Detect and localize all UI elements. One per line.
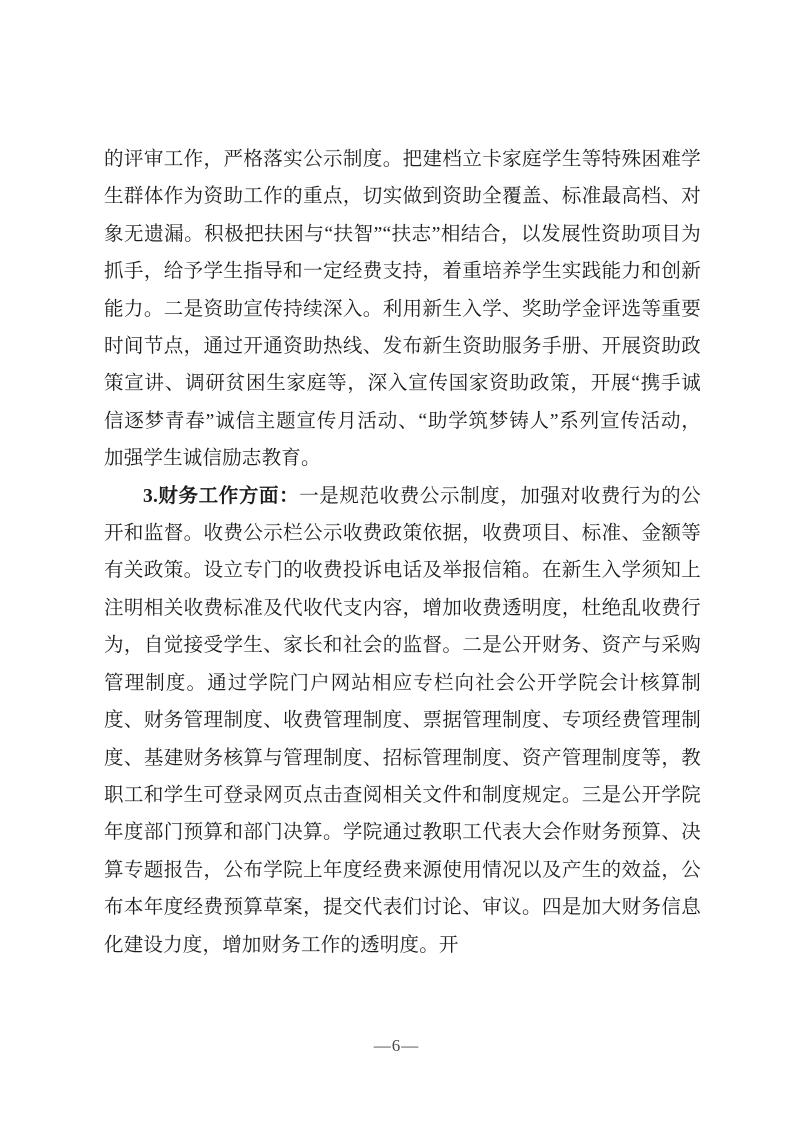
page-number: —6— bbox=[0, 1036, 793, 1056]
paragraph-student-aid: 的评审工作，严格落实公示制度。把建档立卡家庭学生等特殊困难学生群体作为资助工作的… bbox=[104, 141, 701, 478]
paragraph-finance-work: 3.财务工作方面：一是规范收费公示制度，加强对收费行为的公开和监督。收费公示栏公… bbox=[104, 478, 701, 964]
paragraph-text: 的评审工作，严格落实公示制度。把建档立卡家庭学生等特殊困难学生群体作为资助工作的… bbox=[104, 149, 701, 469]
document-page: 的评审工作，严格落实公示制度。把建档立卡家庭学生等特殊困难学生群体作为资助工作的… bbox=[0, 0, 793, 1122]
document-body: 的评审工作，严格落实公示制度。把建档立卡家庭学生等特殊困难学生群体作为资助工作的… bbox=[104, 141, 701, 964]
paragraph-lead-bold: 3.财务工作方面： bbox=[143, 486, 299, 507]
paragraph-text: 一是规范收费公示制度，加强对收费行为的公开和监督。收费公示栏公示收费政策依据，收… bbox=[104, 486, 701, 956]
